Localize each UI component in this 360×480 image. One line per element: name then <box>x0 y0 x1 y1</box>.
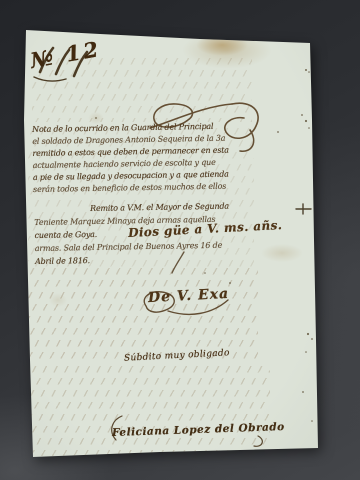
paragraph-1: Nota de lo ocurrido en la Guardia del Pr… <box>32 120 255 195</box>
margin-cross-mark <box>296 204 311 214</box>
signature: Feliciana Lopez del Obrado <box>112 421 285 439</box>
handwriting-line: Abril de 1816. <box>35 251 257 268</box>
corner-number-mark: № 12 <box>28 36 103 73</box>
ink-bleedthrough-texture <box>30 366 270 456</box>
closing-rubric: De V. Exa <box>148 286 230 306</box>
handwriting-line: serán todos en beneficio de estos muchos… <box>33 180 255 196</box>
paper-shadow-wrap: № 12 Nota de lo ocurrido en la Guardia d… <box>0 0 360 480</box>
ink-bleedthrough-texture <box>32 58 252 122</box>
manuscript-paper: № 12 Nota de lo ocurrido en la Guardia d… <box>0 0 360 480</box>
valediction-line: Súbdito muy obligado <box>124 348 230 364</box>
photo-of-manuscript: № 12 Nota de lo ocurrido en la Guardia d… <box>0 0 360 480</box>
